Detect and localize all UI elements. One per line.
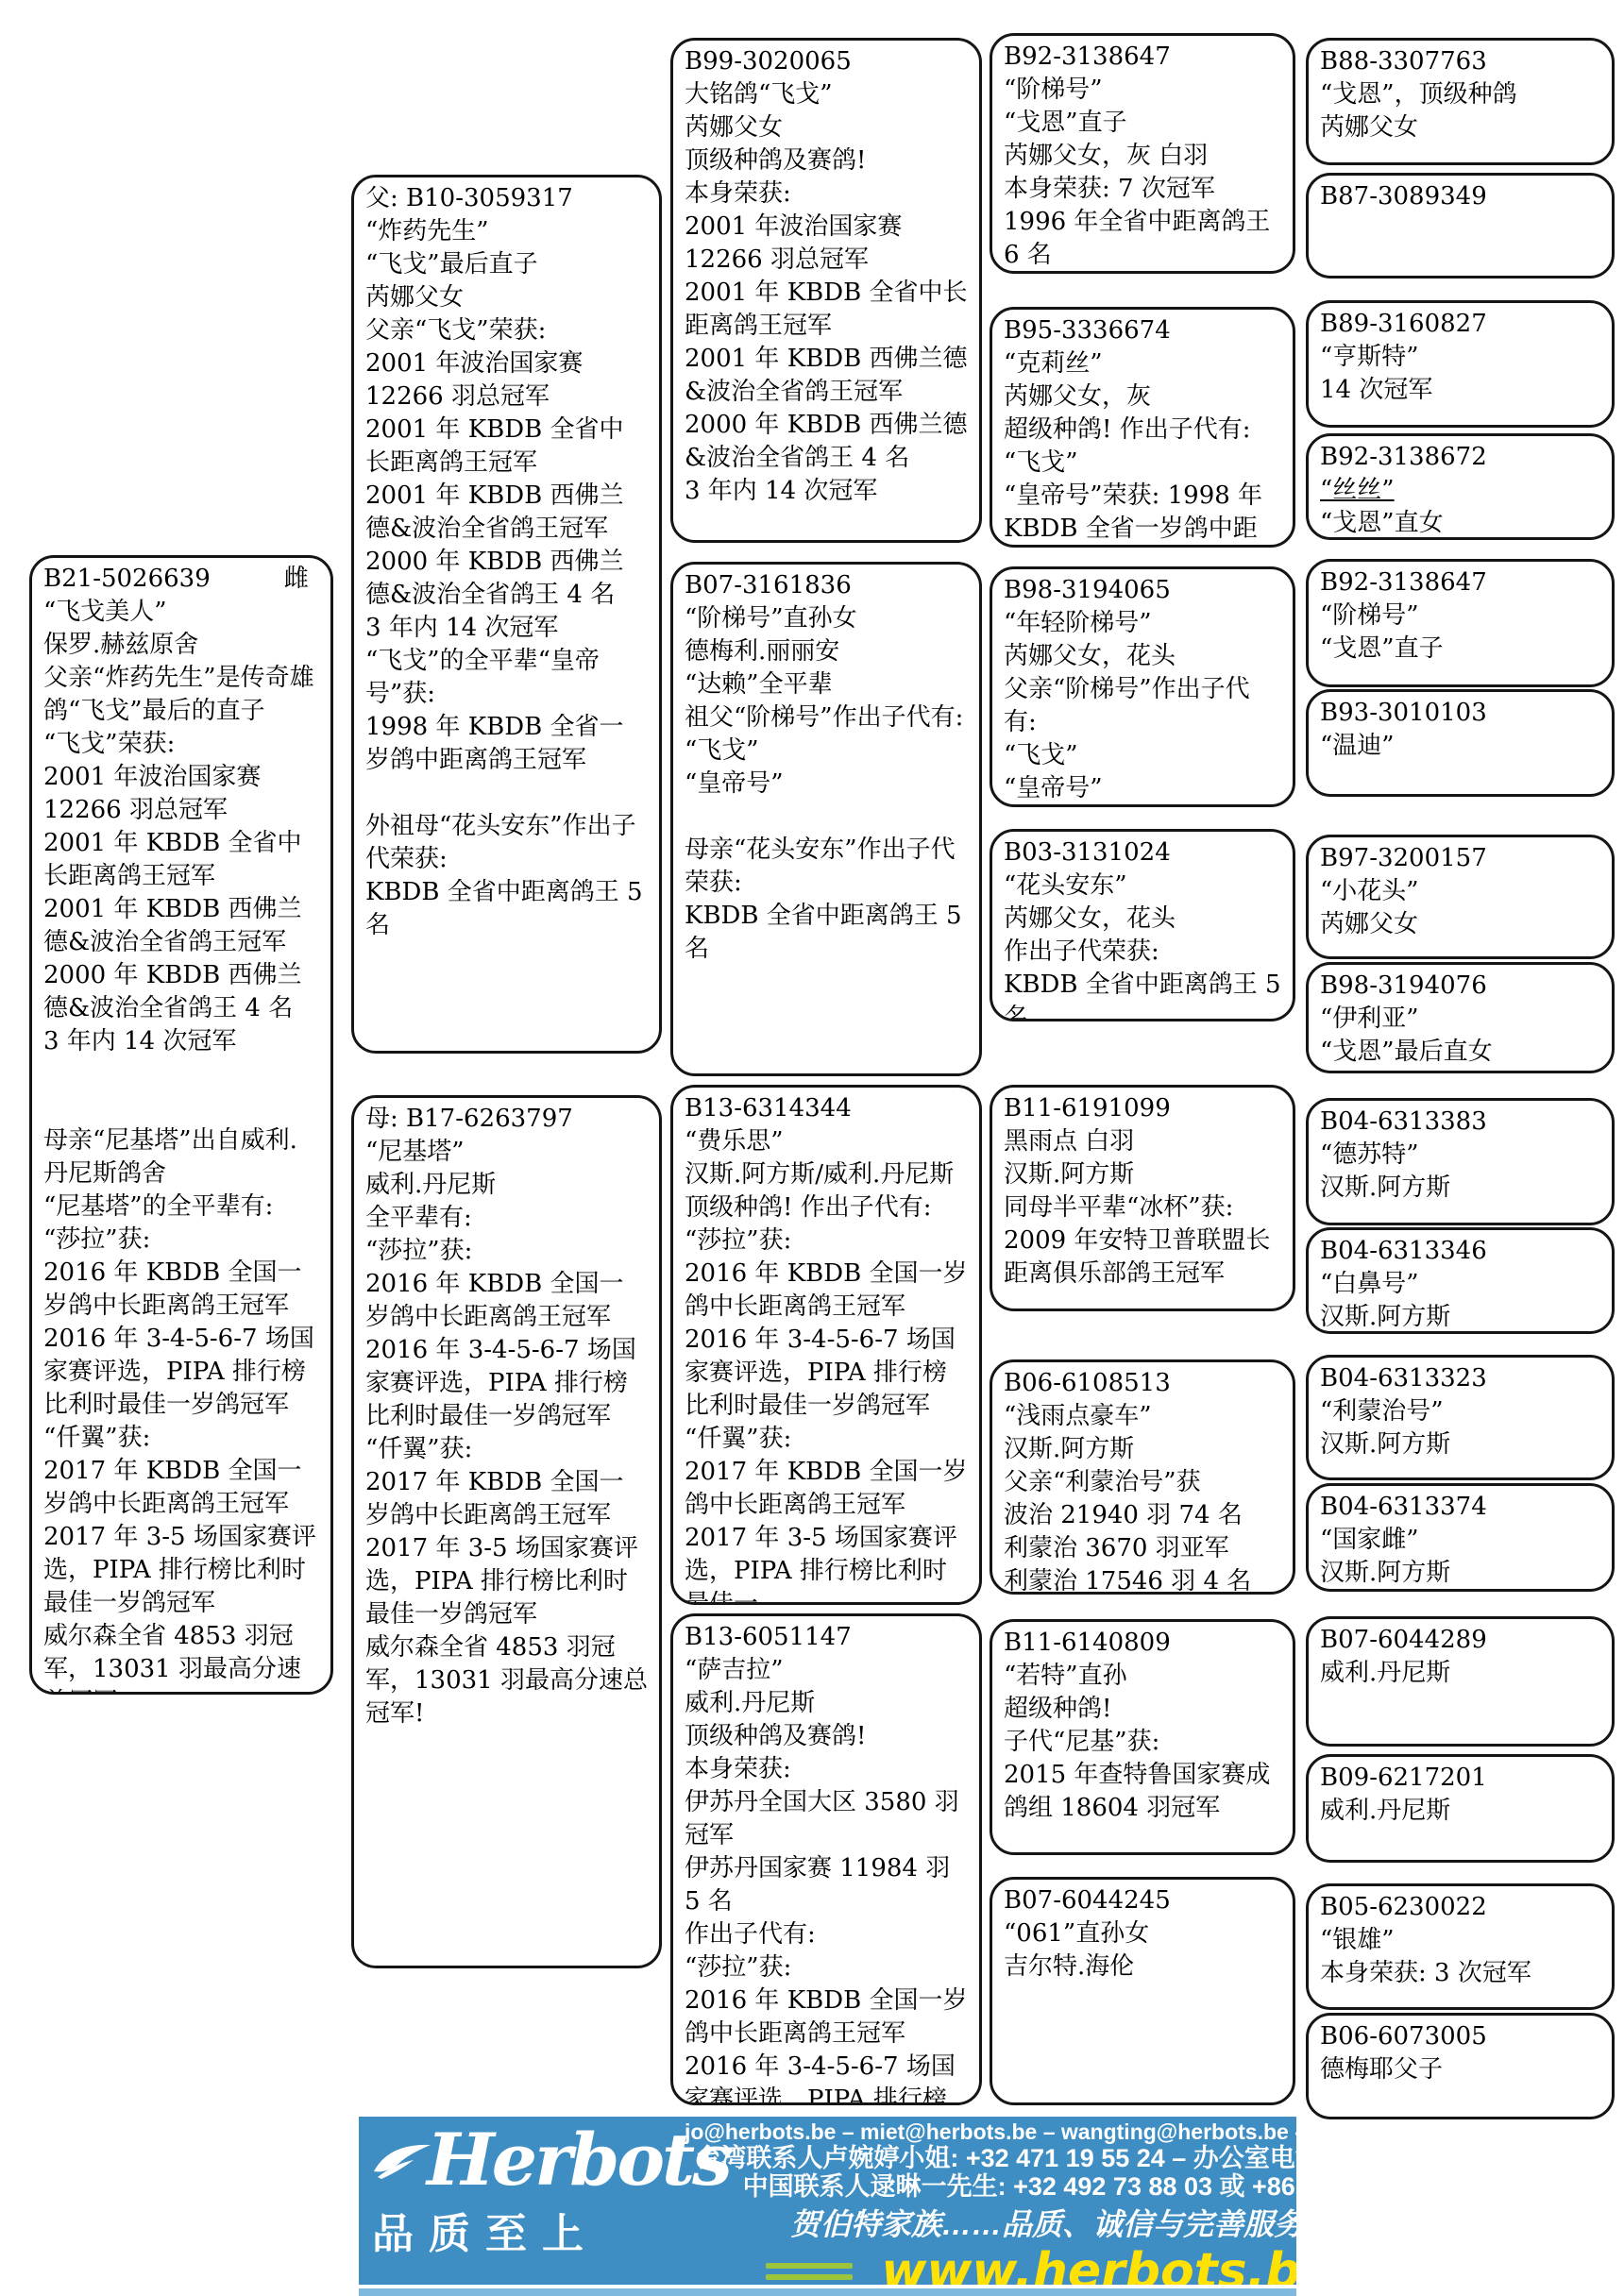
pedigree-line: 2009 年安特卫普联盟长距离俱乐部鸽王冠军 xyxy=(1004,1224,1281,1291)
pedigree-line: B04-6313383 xyxy=(1320,1106,1600,1139)
pedigree-line: B92-3138647 xyxy=(1320,566,1600,599)
pedigree-box-b89: B89-3160827“亨斯特”14 次冠军 xyxy=(1306,300,1615,428)
pedigree-line: B09-6217201 xyxy=(1320,1762,1600,1795)
pedigree-line: “戈恩”，顶级种鸽 xyxy=(1320,78,1600,111)
pedigree-line: 1996 年全省中距离鸽王 6 名 xyxy=(1004,206,1281,272)
pedigree-line: 3 年内 14 次冠军 xyxy=(365,612,648,645)
pedigree-line: “亨斯特” xyxy=(1320,341,1600,374)
pedigree-line: 子代“尼基”获: xyxy=(1004,1726,1281,1759)
pedigree-line: 2000 年 KBDB 西佛兰德&波治全省鸽王 4 名 xyxy=(43,959,319,1025)
pedigree-box-b07a: B07-3161836“阶梯号”直孙女德梅利.丽丽安“达赖”全平辈祖父“阶梯号”… xyxy=(670,562,982,1076)
pedigree-line: 母亲“花头安东”作出子代荣获: xyxy=(685,834,968,900)
pedigree-line: 汉斯.阿方斯 xyxy=(1320,1301,1600,1334)
website-row: www.herbots.be xyxy=(766,2246,1296,2285)
pedigree-line: “年轻阶梯号” xyxy=(1004,607,1281,640)
pedigree-line: “利蒙治号” xyxy=(1320,1395,1600,1428)
pedigree-line: 超级种鸽! 作出子代有: xyxy=(1004,414,1281,447)
pedigree-line: KBDB 全省中距离鸽王 5 名 xyxy=(1004,969,1281,1021)
pedigree-box-b97: B97-3200157“小花头”芮娜父女 xyxy=(1306,835,1615,959)
pedigree-line: “飞戈”最后直子 xyxy=(365,248,648,281)
pedigree-line: 父亲“飞戈”荣获: xyxy=(365,314,648,347)
pedigree-line: “温迪” xyxy=(1320,730,1600,763)
pedigree-line: B06-6073005 xyxy=(1320,2020,1600,2053)
pedigree-line: “莎拉”获: xyxy=(685,1951,968,1984)
pedigree-box-b04c: B04-6313323“利蒙治号”汉斯.阿方斯 xyxy=(1306,1355,1615,1480)
pedigree-box-b11b: B11-6140809“若特”直孙超级种鸽!子代“尼基”获:2015 年查特鲁国… xyxy=(990,1619,1295,1855)
pedigree-box-b09: B09-6217201威利.丹尼斯 xyxy=(1306,1754,1615,1863)
pedigree-line: “萨吉拉” xyxy=(685,1654,968,1687)
pedigree-line: 芮娜父女 xyxy=(365,281,648,314)
banner-slogan: 贺伯特家族……品质、诚信与完善服务的保证。 xyxy=(790,2204,1296,2244)
pedigree-line: 威利.丹尼斯 xyxy=(1320,1657,1600,1690)
pedigree-line: 祖父“阶梯号”作出子代有: xyxy=(685,701,968,734)
pedigree-box-mother: 母: B17-6263797“尼基塔”威利.丹尼斯全平辈有:“莎拉”获:2016… xyxy=(351,1095,662,1968)
pedigree-line: 2001 年 KBDB 全省中长距离鸽王冠军 xyxy=(365,414,648,480)
pedigree-line: “莎拉”获: xyxy=(365,1235,648,1268)
pedigree-box-b92: B92-3138647“阶梯号”“戈恩”直子芮娜父女，灰 白羽本身荣获: 7 次… xyxy=(990,33,1295,274)
pedigree-line: B99-3020065 xyxy=(685,45,968,78)
pedigree-line: 2016 年 3-4-5-6-7 场国家赛评选，PIPA 排行榜比利时最佳一岁鸽… xyxy=(365,1334,648,1433)
pedigree-line: 汉斯.阿方斯 xyxy=(1320,1557,1600,1590)
pedigree-line: B92-3138672 xyxy=(1320,441,1600,474)
pedigree-line: “阶梯号” xyxy=(1004,74,1281,107)
pedigree-line: 顶级种鸽! 作出子代有: xyxy=(685,1191,968,1224)
pedigree-line: “克莉丝” xyxy=(1004,347,1281,380)
feather-icon xyxy=(372,2139,432,2183)
pedigree-line: “飞戈美人” xyxy=(43,596,319,629)
pedigree-line: “若特”直孙 xyxy=(1004,1660,1281,1693)
pedigree-line: B88-3307763 xyxy=(1320,45,1600,78)
pedigree-box-b87: B87-3089349 xyxy=(1306,173,1615,279)
pedigree-line: “花头安东” xyxy=(1004,869,1281,903)
pedigree-line: 黑雨点 白羽 xyxy=(1004,1125,1281,1158)
pedigree-line: “戈恩”直子 xyxy=(1320,633,1600,666)
pedigree-line: “飞戈” xyxy=(685,734,968,768)
pedigree-line xyxy=(43,1058,319,1091)
pedigree-line: 2017 年 KBDB 全国一岁鸽中长距离鸽王冠军 xyxy=(685,1456,968,1522)
pedigree-line: 芮娜父女，灰 xyxy=(1004,380,1281,414)
pedigree-line: B97-3200157 xyxy=(1320,842,1600,875)
pedigree-line: 2001 年 KBDB 全省中长距离鸽王冠军 xyxy=(685,277,968,343)
pedigree-line: 本身荣获: xyxy=(685,177,968,211)
pedigree-box-b06b: B06-6073005德梅耶父子 xyxy=(1306,2013,1615,2119)
herbots-logo: Herbots 品质至上 xyxy=(359,2117,685,2285)
pedigree-line: 父亲“利蒙治号”获 xyxy=(1004,1466,1281,1499)
pedigree-line: B89-3160827 xyxy=(1320,308,1600,341)
pedigree-line: 超级种鸽! xyxy=(1004,1693,1281,1726)
pedigree-line: “银雄” xyxy=(1320,1924,1600,1957)
pedigree-line xyxy=(685,801,968,834)
pedigree-line: 威利.丹尼斯 xyxy=(365,1169,648,1202)
pedigree-box-b04b: B04-6313346“白鼻号”汉斯.阿方斯 xyxy=(1306,1227,1615,1334)
pedigree-line: 德梅耶父子 xyxy=(1320,2053,1600,2086)
pedigree-line: 2016 年 KBDB 全国一岁鸽中长距离鸽王冠军 xyxy=(365,1268,648,1334)
pedigree-line: 威尔森全省 4853 羽冠军，13031 羽最高分速总冠军! xyxy=(43,1620,319,1695)
pedigree-line: 顶级种鸽及赛鸽! xyxy=(685,144,968,177)
pedigree-line: 2015 年查特鲁国家赛成鸽组 18604 羽冠军 xyxy=(1004,1759,1281,1825)
pedigree-line: 2017 年 3-5 场国家赛评选，PIPA 排行榜比利时最佳一 xyxy=(685,1522,968,1605)
pedigree-line: 母亲“尼基塔”出自威利.丹尼斯鸽舍 xyxy=(43,1124,319,1190)
pedigree-line: B13-6051147 xyxy=(685,1621,968,1654)
pedigree-line: “戈恩”最后直女 xyxy=(1320,1036,1600,1069)
pedigree-line: 芮娜父女，灰 白羽 xyxy=(1004,140,1281,173)
pedigree-line: “皇帝号” xyxy=(1004,772,1281,805)
pedigree-line: 3 年内 14 次冠军 xyxy=(43,1025,319,1058)
pedigree-line: 威尔森全省 4853 羽冠军，13031 羽最高分速总冠军! xyxy=(365,1631,648,1730)
banner-contact-block: jo@herbots.be – miet@herbots.be – wangti… xyxy=(685,2117,1296,2285)
contact-china: 中国联系人逯晽一先生: +32 492 73 88 03 或 +86 131 2… xyxy=(743,2172,1296,2201)
pedigree-line: “德苏特” xyxy=(1320,1139,1600,1172)
pedigree-line: 2001 年 KBDB 全省中长距离鸽王冠军 xyxy=(43,827,319,893)
pedigree-line: 汉斯.阿方斯/威利.丹尼斯 xyxy=(685,1158,968,1191)
pedigree-line: 2017 年 KBDB 全国一岁鸽中长距离鸽王冠军 xyxy=(43,1455,319,1521)
pedigree-box-b92c: B92-3138672“丝丝”“戈恩”直女 xyxy=(1306,433,1615,540)
pedigree-line: 2017 年 3-5 场国家赛评选，PIPA 排行榜比利时最佳一岁鸽冠军 xyxy=(43,1521,319,1620)
pedigree-line: 利蒙治 17546 羽 4 名 xyxy=(1004,1565,1281,1595)
pedigree-line: KBDB 全省中距离鸽王 5 名 xyxy=(365,876,648,942)
pedigree-line: B21-5026639 雌 xyxy=(43,563,319,596)
pedigree-line: 芮娜父女 xyxy=(1320,111,1600,144)
pedigree-line: B05-6230022 xyxy=(1320,1891,1600,1924)
pedigree-line: 威利.丹尼斯 xyxy=(1320,1795,1600,1828)
pedigree-line: 作出子代有: xyxy=(685,1918,968,1951)
pedigree-line: “浅雨点豪车” xyxy=(1004,1400,1281,1433)
pedigree-line: 德梅利.丽丽安 xyxy=(685,635,968,668)
pedigree-line xyxy=(43,1091,319,1124)
pedigree-line: 吉尔特.海伦 xyxy=(1004,1950,1281,1984)
pedigree-box-b88: B88-3307763“戈恩”，顶级种鸽芮娜父女 xyxy=(1306,38,1615,165)
pedigree-line: 2001 年 KBDB 西佛兰德&波治全省鸽王冠军 xyxy=(365,480,648,546)
pedigree-line: 同母半平辈“冰杯”获: xyxy=(1004,1191,1281,1224)
pedigree-line: 2016 年 3-4-5-6-7 场国家赛评选，PIPA 排行榜比利 xyxy=(685,2051,968,2105)
pedigree-line: B04-6313323 xyxy=(1320,1362,1600,1395)
pedigree-line: “仟翼”获: xyxy=(43,1422,319,1455)
pedigree-line: 2017 年 KBDB 全国一岁鸽中长距离鸽王冠军 xyxy=(365,1466,648,1532)
pedigree-line: B04-6313346 xyxy=(1320,1235,1600,1268)
pedigree-line: B03-3131024 xyxy=(1004,836,1281,869)
pedigree-line: 大铭鸽“飞戈” xyxy=(685,78,968,111)
pedigree-line: “莎拉”获: xyxy=(43,1224,319,1257)
pedigree-line: “炸药先生” xyxy=(365,215,648,248)
pedigree-line: 2001 年波治国家赛 12266 羽总冠军 xyxy=(685,211,968,277)
pedigree-box-b92d: B92-3138647“阶梯号”“戈恩”直子 xyxy=(1306,559,1615,687)
contact-taiwan: 台湾联系人卢婉婷小姐: +32 471 19 55 24 – 办公室电话: +3… xyxy=(695,2144,1296,2172)
pedigree-line xyxy=(365,777,648,810)
pedigree-line: 2001 年 KBDB 西佛兰德&波治全省鸽王冠军 xyxy=(43,893,319,959)
pedigree-line: 芮娜父女，花头 xyxy=(1004,903,1281,936)
banner-bottom-strip xyxy=(359,2288,1296,2296)
logo-subtitle: 品质至上 xyxy=(372,2200,685,2260)
pedigree-line: 芮娜父女 xyxy=(1320,908,1600,941)
pedigree-line: “061”直孙女 xyxy=(1004,1917,1281,1950)
pedigree-box-b07c: B07-6044289威利.丹尼斯 xyxy=(1306,1616,1615,1747)
pedigree-box-b95: B95-3336674“克莉丝”芮娜父女，灰超级种鸽! 作出子代有:“飞戈”“皇… xyxy=(990,307,1295,548)
contact-emails: jo@herbots.be – miet@herbots.be – wangti… xyxy=(685,2119,1296,2144)
pedigree-line: 2000 年 KBDB 西佛兰德&波治全省鸽王 4 名 xyxy=(365,546,648,612)
pedigree-line: 本身荣获: 7 次冠军 xyxy=(1004,173,1281,206)
pedigree-line: B98-3194076 xyxy=(1320,970,1600,1003)
pedigree-line: “飞戈” xyxy=(1004,447,1281,480)
pedigree-line: 外祖母“花头安东”作出子代荣获: xyxy=(365,810,648,876)
pedigree-line: “阶梯号”直孙女 xyxy=(685,602,968,635)
pedigree-box-b93: B93-3010103“温迪” xyxy=(1306,689,1615,797)
pedigree-line: 保罗.赫兹原舍 xyxy=(43,629,319,662)
pedigree-line: B11-6191099 xyxy=(1004,1092,1281,1125)
pedigree-line: 汉斯.阿方斯 xyxy=(1320,1428,1600,1461)
pedigree-line: 2001 年波治国家赛 12266 羽总冠军 xyxy=(365,347,648,414)
pedigree-line: “戈恩”直女 xyxy=(1320,507,1600,540)
pedigree-line: 14 次冠军 xyxy=(1320,374,1600,407)
pedigree-line: 2000 年 KBDB 西佛兰德&波治全省鸽王 4 名 xyxy=(685,409,968,475)
pedigree-line: B93-3010103 xyxy=(1320,697,1600,730)
pedigree-line: 2001 年 KBDB 西佛兰德&波治全省鸽王冠军 xyxy=(685,343,968,409)
pedigree-line: “皇帝号” xyxy=(685,768,968,801)
pedigree-box-b04a: B04-6313383“德苏特”汉斯.阿方斯 xyxy=(1306,1098,1615,1225)
pedigree-box-father: 父: B10-3059317“炸药先生”“飞戈”最后直子芮娜父女父亲“飞戈”荣获… xyxy=(351,175,662,1054)
website-link[interactable]: www.herbots.be xyxy=(881,2246,1296,2285)
pedigree-line: 全平辈有: xyxy=(365,1202,648,1235)
pedigree-box-b13a: B13-6314344“费乐思”汉斯.阿方斯/威利.丹尼斯顶级种鸽! 作出子代有… xyxy=(670,1085,982,1605)
pedigree-line: 汉斯.阿方斯 xyxy=(1320,1172,1600,1205)
pedigree-line: “丝丝” xyxy=(1320,474,1600,507)
pedigree-box-b98b: B98-3194076“伊利亚”“戈恩”最后直女 xyxy=(1306,962,1615,1073)
pedigree-line: B07-3161836 xyxy=(685,569,968,602)
pedigree-line: 2016 年 KBDB 全国一岁鸽中长距离鸽王冠军 xyxy=(43,1257,319,1323)
pedigree-line: “阶梯号” xyxy=(1320,599,1600,633)
pedigree-line: 利蒙治 3670 羽亚军 xyxy=(1004,1532,1281,1565)
pedigree-line: 汉斯.阿方斯 xyxy=(1004,1158,1281,1191)
pedigree-line: 伊苏丹全国大区 3580 羽冠军 xyxy=(685,1786,968,1852)
pedigree-line: B87-3089349 xyxy=(1320,180,1600,213)
pedigree-box-b04d: B04-6313374“国家雌”汉斯.阿方斯 xyxy=(1306,1483,1615,1592)
pedigree-line: B13-6314344 xyxy=(685,1092,968,1125)
pedigree-box-b98a: B98-3194065“年轻阶梯号”芮娜父女，花头父亲“阶梯号”作出子代有:“飞… xyxy=(990,566,1295,807)
pedigree-line: 作出子代荣获: xyxy=(1004,936,1281,969)
pedigree-line: 母: B17-6263797 xyxy=(365,1103,648,1136)
pedigree-line: B11-6140809 xyxy=(1004,1627,1281,1660)
pedigree-line: 汉斯.阿方斯 xyxy=(1004,1433,1281,1466)
pedigree-line: 1998 年 KBDB 全省一岁鸽中距离鸽王冠军 xyxy=(365,711,648,777)
pedigree-line: 2016 年 KBDB 全国一岁鸽中长距离鸽王冠军 xyxy=(685,1984,968,2051)
pedigree-line: “尼基塔” xyxy=(365,1136,648,1169)
pedigree-line: 2016 年 3-4-5-6-7 场国家赛评选，PIPA 排行榜比利时最佳一岁鸽… xyxy=(685,1324,968,1423)
pedigree-line: KBDB 全省中距离鸽王 5 名 xyxy=(685,900,968,966)
pedigree-line: “仟翼”获: xyxy=(365,1433,648,1466)
pedigree-line: 波治 21940 羽 74 名 xyxy=(1004,1499,1281,1532)
pedigree-line: B04-6313374 xyxy=(1320,1491,1600,1524)
footer-banner: Herbots 品质至上 jo@herbots.be – miet@herbot… xyxy=(359,2117,1296,2285)
pedigree-line: 伊苏丹国家赛 11984 羽 5 名 xyxy=(685,1852,968,1918)
pedigree-line: “小花头” xyxy=(1320,875,1600,908)
pedigree-line: 芮娜父女 xyxy=(685,111,968,144)
pedigree-line: 父亲“炸药先生”是传奇雄鸽“飞戈”最后的直子 xyxy=(43,662,319,728)
pedigree-line: “伊利亚” xyxy=(1320,1003,1600,1036)
pedigree-line: B07-6044289 xyxy=(1320,1624,1600,1657)
pedigree-box-b06a: B06-6108513“浅雨点豪车”汉斯.阿方斯父亲“利蒙治号”获波治 2194… xyxy=(990,1359,1295,1595)
decor-lines-left-icon xyxy=(766,2257,853,2285)
pedigree-line: “白鼻号” xyxy=(1320,1268,1600,1301)
pedigree-line: “莎拉”获: xyxy=(685,1224,968,1258)
pedigree-box-b11a: B11-6191099黑雨点 白羽汉斯.阿方斯同母半平辈“冰杯”获:2009 年… xyxy=(990,1085,1295,1311)
pedigree-box-b03: B03-3131024“花头安东”芮娜父女，花头作出子代荣获:KBDB 全省中距… xyxy=(990,829,1295,1021)
pedigree-line: 2017 年 3-5 场国家赛评选，PIPA 排行榜比利时最佳一岁鸽冠军 xyxy=(365,1532,648,1631)
pedigree-line: B98-3194065 xyxy=(1004,574,1281,607)
pedigree-box-b07b: B07-6044245“061”直孙女吉尔特.海伦 xyxy=(990,1877,1295,2105)
pedigree-line: B95-3336674 xyxy=(1004,314,1281,347)
pedigree-line: 2016 年 3-4-5-6-7 场国家赛评选，PIPA 排行榜比利时最佳一岁鸽… xyxy=(43,1323,319,1422)
pedigree-line: B92-3138647 xyxy=(1004,41,1281,74)
pedigree-line: 威利.丹尼斯 xyxy=(685,1687,968,1720)
pedigree-line: “尼基塔”的全平辈有: xyxy=(43,1190,319,1224)
pedigree-line: 2016 年 KBDB 全国一岁鸽中长距离鸽王冠军 xyxy=(685,1258,968,1324)
pedigree-line: 3 年内 14 次冠军 xyxy=(685,475,968,508)
pedigree-line: B06-6108513 xyxy=(1004,1367,1281,1400)
pedigree-line: “飞戈”荣获: xyxy=(43,728,319,761)
pedigree-line: 顶级种鸽及赛鸽! xyxy=(685,1720,968,1753)
pedigree-box-b13b: B13-6051147“萨吉拉”威利.丹尼斯顶级种鸽及赛鸽!本身荣获:伊苏丹全国… xyxy=(670,1613,982,2105)
pedigree-box-b05: B05-6230022“银雄”本身荣获: 3 次冠军 xyxy=(1306,1883,1615,2010)
pedigree-line: “飞戈”的全平辈“皇帝号”获: xyxy=(365,645,648,711)
pedigree-line: 本身荣获: xyxy=(685,1753,968,1786)
pedigree-box-subject: B21-5026639 雌“飞戈美人”保罗.赫兹原舍父亲“炸药先生”是传奇雄鸽“… xyxy=(29,555,333,1695)
pedigree-line: “费乐思” xyxy=(685,1125,968,1158)
pedigree-line: B07-6044245 xyxy=(1004,1884,1281,1917)
pedigree-line: 2001 年波治国家赛 12266 羽总冠军 xyxy=(43,761,319,827)
pedigree-box-b99: B99-3020065大铭鸽“飞戈”芮娜父女顶级种鸽及赛鸽!本身荣获:2001 … xyxy=(670,38,982,543)
pedigree-line: “达赖”全平辈 xyxy=(685,668,968,701)
pedigree-line: “飞戈” xyxy=(1004,739,1281,772)
pedigree-line: “国家雌” xyxy=(1320,1524,1600,1557)
pedigree-line: “戈恩”直子 xyxy=(1004,107,1281,140)
pedigree-line: 芮娜父女，花头 xyxy=(1004,640,1281,673)
pedigree-line: 父亲“阶梯号”作出子代有: xyxy=(1004,673,1281,739)
pedigree-line: 父: B10-3059317 xyxy=(365,182,648,215)
pedigree-line: “仟翼”获: xyxy=(685,1423,968,1456)
pedigree-line: 本身荣获: 3 次冠军 xyxy=(1320,1957,1600,1990)
pedigree-line: “皇帝号”荣获: 1998 年 KBDB 全省一岁鸽中距离鸽 xyxy=(1004,480,1281,548)
pedigree-page: B21-5026639 雌“飞戈美人”保罗.赫兹原舍父亲“炸药先生”是传奇雄鸽“… xyxy=(0,0,1624,2296)
